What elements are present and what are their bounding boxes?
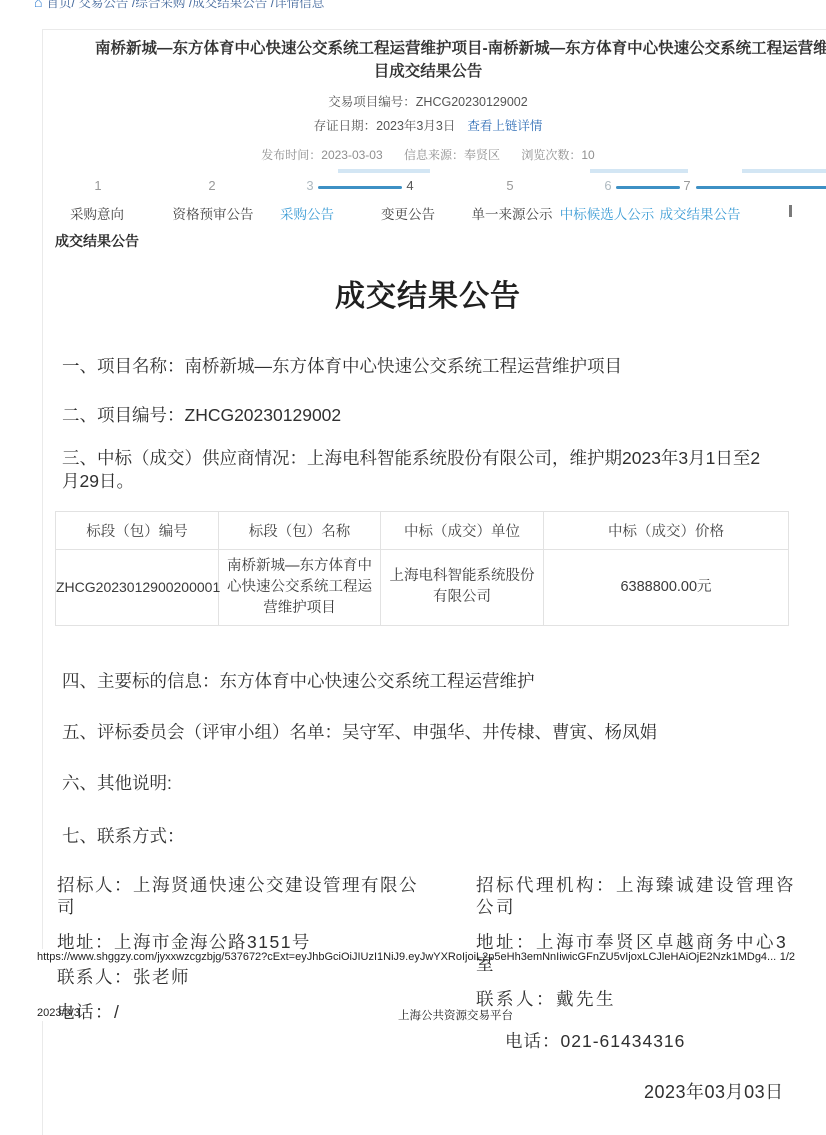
breadcrumb[interactable]: ⌂ 首页/ 交易公告 /综合采购 /成交结果公告 /详情信息 — [34, 0, 324, 11]
tenderer-contact-person: 联系人：张老师 — [57, 966, 418, 988]
process-step-indicator: 1 2 3 4 5 6 7 采购意向 资格预审公告 采购公告 变更公告 单一来源… — [55, 167, 801, 229]
step-connector-3-4 — [318, 186, 402, 189]
page-title-line1: 南桥新城—东方体育中心快速公交系统工程运营维护项目-南桥新城—东方体育中心快速公… — [95, 38, 801, 59]
view-count: 浏览次数：10 — [521, 148, 594, 162]
section-text: 一、项目名称：南桥新城—东方体育中心快速公交系统工程运营维护项目 — [62, 355, 801, 378]
print-page-indicator: 1/2 — [780, 951, 795, 963]
step-connector-6-7 — [616, 186, 680, 189]
col-lot-name: 标段（包）名称 — [219, 511, 381, 549]
section-text: 三、中标（成交）供应商情况：上海电科智能系统股份有限公司，维护期2023年3月1… — [62, 447, 801, 470]
step-label-single-source: 单一来源公示 — [472, 203, 553, 223]
section-other-notes: 六、其他说明: — [55, 772, 801, 795]
home-icon: ⌂ — [34, 0, 42, 8]
print-url: https://www.shggzy.com/jyxxwzcgzbjg/5376… — [37, 951, 776, 963]
step-label-candidate-publicity[interactable]: 中标候选人公示 — [560, 203, 655, 223]
announcement-heading: 成交结果公告 — [55, 271, 801, 315]
agency-column: 招标代理机构：上海臻诚建设管理咨 公司 地址：上海市奉贤区卓越商务中心3 室 联… — [476, 874, 801, 1023]
cert-date-row: 存证日期：2023年3月3日查看上链详情 — [55, 116, 801, 134]
contact-line: 地址：上海市奉贤区卓越商务中心3 — [476, 931, 801, 953]
agency-name: 招标代理机构：上海臻诚建设管理咨 公司 — [476, 874, 801, 918]
step-number-4: 4 — [406, 178, 413, 193]
section-project-number: 二、项目编号：ZHCG20230129002 — [55, 404, 801, 427]
section-text: 五、评标委员会（评审小组）名单：吴守军、申强华、井传棣、曹寅、杨凤娟 — [62, 721, 801, 744]
step-number-7: 7 — [683, 178, 690, 193]
step-label-prequalification: 资格预审公告 — [173, 203, 254, 223]
contact-line: 招标代理机构：上海臻诚建设管理咨 — [476, 874, 801, 896]
step-label-result-notice[interactable]: 成交结果公告 — [660, 203, 741, 223]
contact-line: 公司 — [476, 896, 801, 918]
result-table: 标段（包）编号 标段（包）名称 中标（成交）单位 中标（成交）价格 ZHCG20… — [55, 511, 789, 626]
publish-time: 发布时间：2023-03-03 — [261, 148, 382, 162]
section-text: 七、联系方式： — [62, 825, 801, 848]
section-winning-supplier: 三、中标（成交）供应商情况：上海电科智能系统股份有限公司，维护期2023年3月1… — [55, 447, 801, 493]
contact-line: 招标人：上海贤通快速公交建设管理有限公 — [57, 874, 418, 896]
tenderer-column: 招标人：上海贤通快速公交建设管理有限公 司 地址：上海市金海公路3151号 联系… — [55, 874, 418, 1023]
cert-date: 存证日期：2023年3月3日 — [314, 119, 456, 133]
view-chain-link[interactable]: 查看上链详情 — [467, 119, 542, 133]
step-number-2: 2 — [208, 178, 215, 193]
contact-columns: 招标人：上海贤通快速公交建设管理有限公 司 地址：上海市金海公路3151号 联系… — [55, 874, 801, 1023]
section-project-name: 一、项目名称：南桥新城—东方体育中心快速公交系统工程运营维护项目 — [55, 355, 801, 378]
contact-line: 地址：上海市金海公路3151号 — [57, 931, 418, 953]
cell-winner-price: 6388800.00元 — [544, 549, 789, 625]
section-text: 二、项目编号：ZHCG20230129002 — [62, 404, 801, 427]
table-row: ZHCG2023012900200001 南桥新城—东方体育中心快速公交系统工程… — [56, 549, 789, 625]
step-highlight-bar — [338, 169, 430, 173]
step-connector-7-8 — [696, 186, 826, 189]
step-number-5: 5 — [506, 178, 513, 193]
step-label-purchase-notice[interactable]: 采购公告 — [280, 203, 334, 223]
breadcrumb-trail[interactable]: 首页/ 交易公告 /综合采购 /成交结果公告 /详情信息 — [46, 0, 324, 11]
current-tab-label: 成交结果公告 — [55, 231, 801, 251]
cell-winner-unit: 上海电科智能系统股份有限公司 — [381, 549, 544, 625]
project-number: 交易项目编号：ZHCG20230129002 — [55, 92, 801, 110]
col-winner-price: 中标（成交）价格 — [544, 511, 789, 549]
step-label-change-notice: 变更公告 — [381, 203, 435, 223]
step-highlight-bar — [742, 169, 826, 173]
step-highlight-bar — [590, 169, 688, 173]
col-lot-number: 标段（包）编号 — [56, 511, 219, 549]
tenderer-address: 地址：上海市金海公路3151号 — [57, 931, 418, 953]
section-text: 月29日。 — [62, 470, 801, 493]
step-number-3: 3 — [306, 178, 313, 193]
cell-lot-name: 南桥新城—东方体育中心快速公交系统工程运营维护项目 — [219, 549, 381, 625]
section-text: 六、其他说明: — [62, 772, 801, 795]
contact-line: 联系人：戴先生 — [476, 988, 801, 1010]
announcement-card: 南桥新城—东方体育中心快速公交系统工程运营维护项目-南桥新城—东方体育中心快速公… — [42, 29, 826, 949]
tenderer-phone: 电话：/ — [57, 1001, 418, 1023]
info-source: 信息来源：奉贤区 — [404, 148, 500, 162]
step-label-purchase-intent: 采购意向 — [70, 203, 124, 223]
section-contact: 七、联系方式： — [55, 825, 801, 848]
section-subject-info: 四、主要标的信息：东方体育中心快速公交系统工程运营维护 — [55, 670, 801, 693]
cell-lot-number: ZHCG2023012900200001 — [56, 549, 219, 625]
col-winner-unit: 中标（成交）单位 — [381, 511, 544, 549]
contact-line: 电话：/ — [57, 1001, 418, 1023]
agency-phone: 电话：021-61434316 — [505, 1028, 685, 1053]
step-number-6: 6 — [604, 178, 611, 193]
print-footer: https://www.shggzy.com/jyxxwzcgzbjg/5376… — [37, 951, 795, 963]
page-title: 南桥新城—东方体育中心快速公交系统工程运营维护项目-南桥新城—东方体育中心快速公… — [55, 38, 801, 82]
page-title-line2: 目成交结果公告 — [55, 61, 801, 82]
signature-date: 2023年03月03日 — [644, 1078, 784, 1104]
contact-line: 联系人：张老师 — [57, 966, 418, 988]
agency-contact-person: 联系人：戴先生 — [476, 988, 801, 1010]
section-text: 四、主要标的信息：东方体育中心快速公交系统工程运营维护 — [62, 670, 801, 693]
contact-line: 司 — [57, 896, 418, 918]
table-header-row: 标段（包）编号 标段（包）名称 中标（成交）单位 中标（成交）价格 — [56, 511, 789, 549]
publish-info-row: 发布时间：2023-03-03 信息来源：奉贤区 浏览次数：10 — [55, 146, 801, 163]
tenderer-name: 招标人：上海贤通快速公交建设管理有限公 司 — [57, 874, 418, 918]
clipped-step-label — [789, 205, 792, 217]
section-committee: 五、评标委员会（评审小组）名单：吴守军、申强华、井传棣、曹寅、杨凤娟 — [55, 721, 801, 744]
print-date: 2023/3/3 — [37, 1007, 80, 1019]
announcement-card-page2: 电话：021-61434316 2023年03月03日 — [42, 1021, 826, 1135]
step-number-1: 1 — [94, 178, 101, 193]
